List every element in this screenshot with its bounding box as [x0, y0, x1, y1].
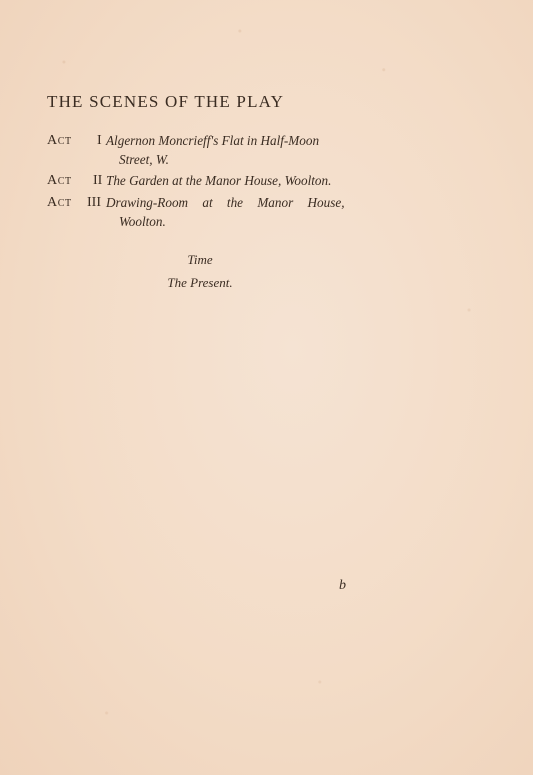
act-label: Act: [47, 193, 72, 212]
act-entry-1: Act I Algernon Moncrieff's Flat in Half-…: [47, 131, 367, 171]
act-entry-2: Act II The Garden at the Manor House, Wo…: [47, 171, 367, 191]
act-scene-text: Drawing-Room at the Manor House,: [106, 193, 364, 213]
scene-line-1: Algernon Moncrieff's Flat in Half-Moon: [106, 133, 319, 148]
act-scene-continuation: Street, W.: [119, 150, 347, 170]
page-heading: THE SCENES OF THE PLAY: [47, 92, 284, 112]
time-label: Time: [0, 252, 400, 268]
paper-texture: [0, 0, 533, 775]
act-entry-3: Act III Drawing-Room at the Manor House,…: [47, 193, 367, 233]
signature-mark: b: [339, 578, 346, 594]
act-scene-text: The Garden at the Manor House, Woolton.: [106, 171, 376, 191]
book-page: THE SCENES OF THE PLAY Act I Algernon Mo…: [0, 0, 533, 775]
act-label: Act: [47, 131, 72, 150]
act-scene-text: Algernon Moncrieff's Flat in Half-Moon: [106, 131, 366, 151]
time-value: The Present.: [0, 275, 400, 291]
act-scene-continuation: Woolton.: [119, 212, 347, 232]
act-label: Act: [47, 171, 72, 190]
act-number: II: [93, 171, 102, 190]
act-number: I: [97, 131, 102, 150]
act-number: III: [87, 193, 101, 212]
